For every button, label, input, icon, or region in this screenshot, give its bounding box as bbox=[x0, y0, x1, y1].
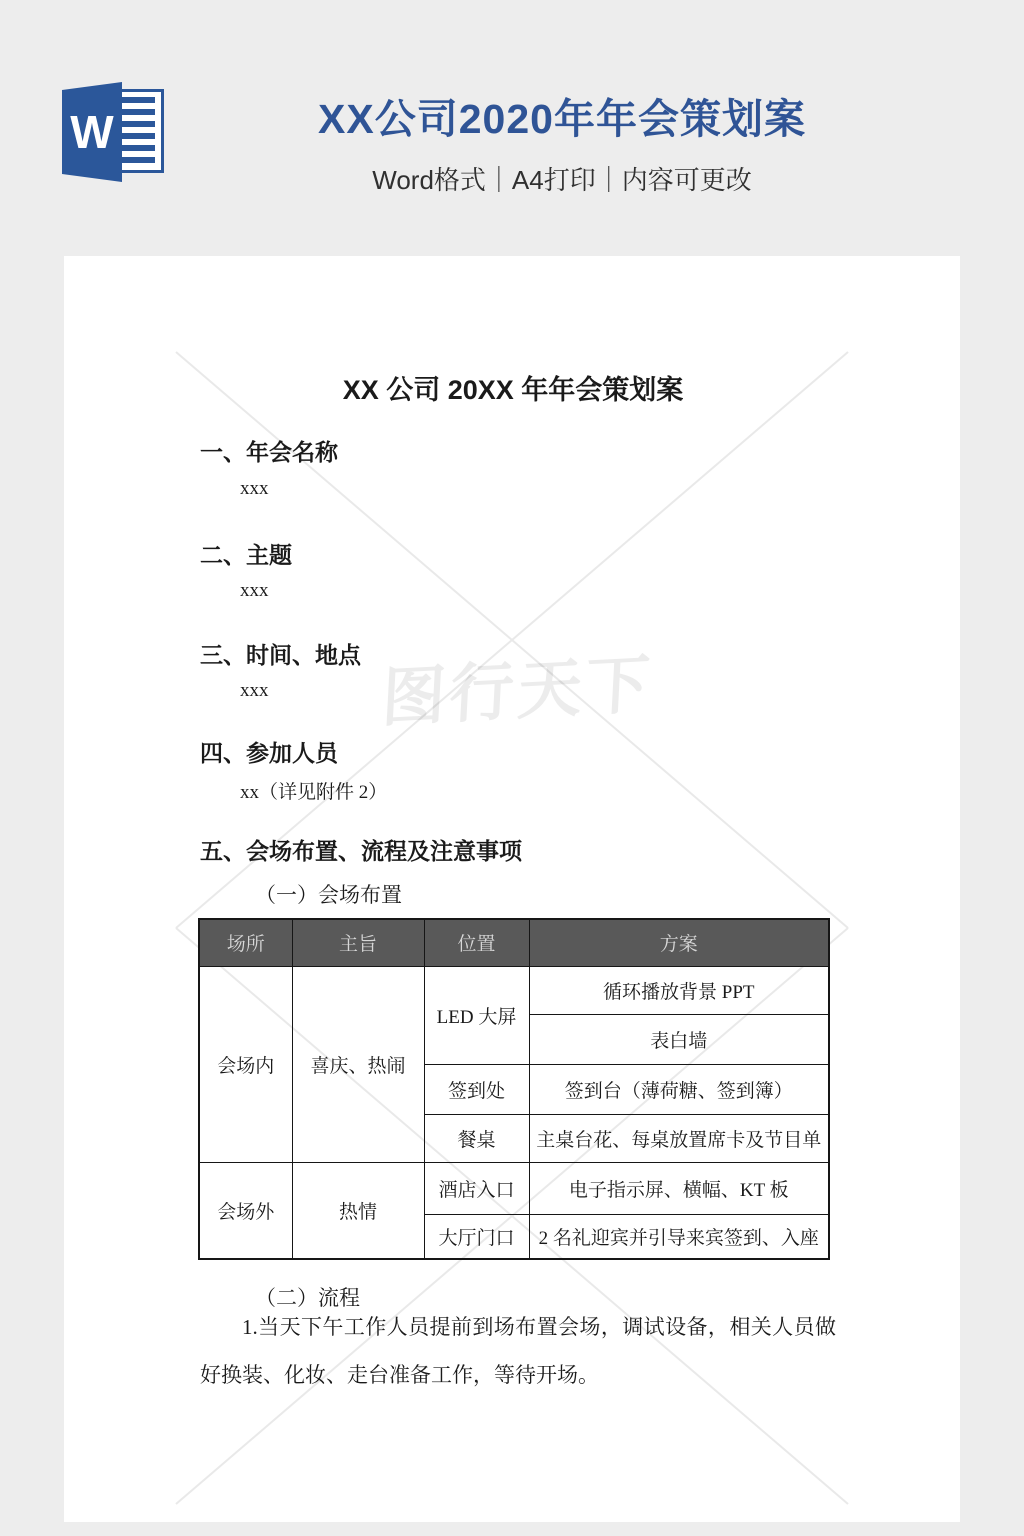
col-header-place: 场所 bbox=[199, 919, 292, 966]
section-body-4: xx（详见附件 2） bbox=[240, 777, 387, 804]
col-header-location: 位置 bbox=[424, 919, 529, 966]
cell-plan-ppt: 循环播放背景 PPT bbox=[529, 966, 829, 1014]
section-heading-3: 三、时间、地点 bbox=[200, 637, 361, 670]
section-body-3: xxx bbox=[240, 680, 269, 702]
page-title: XX公司2020年年会策划案 bbox=[110, 86, 1014, 145]
cell-plan-hall-door: 2 名礼迎宾并引导来宾签到、入座 bbox=[529, 1214, 829, 1259]
section-heading-5: 五、会场布置、流程及注意事项 bbox=[200, 833, 522, 866]
col-header-plan: 方案 bbox=[529, 919, 829, 966]
section-heading-2: 二、主题 bbox=[200, 537, 292, 570]
cell-mood-inside: 喜庆、热闹 bbox=[292, 966, 424, 1162]
section-body-2: xxx bbox=[240, 580, 269, 602]
cell-loc-signin: 签到处 bbox=[424, 1064, 529, 1114]
cell-mood-outside: 热情 bbox=[292, 1162, 424, 1259]
document-content: XX 公司 20XX 年年会策划案 一、年会名称 xxx 二、主题 xxx 三、… bbox=[64, 256, 960, 1522]
document-page: 图行天下 XX 公司 20XX 年年会策划案 一、年会名称 xxx 二、主题 x… bbox=[64, 256, 960, 1522]
cell-plan-hotel-entrance: 电子指示屏、横幅、KT 板 bbox=[529, 1162, 829, 1214]
cell-plan-wall: 表白墙 bbox=[529, 1014, 829, 1064]
cell-loc-dining: 餐桌 bbox=[424, 1114, 529, 1162]
cell-loc-hotel-entrance: 酒店入口 bbox=[424, 1162, 529, 1214]
process-paragraph: 1.当天下午工作人员提前到场布置会场，调试设备，相关人员做好换装、化妆、走台准备… bbox=[200, 1303, 836, 1399]
col-header-theme: 主旨 bbox=[292, 919, 424, 966]
section-heading-4: 四、参加人员 bbox=[200, 735, 338, 768]
cell-loc-led: LED 大屏 bbox=[424, 966, 529, 1064]
cell-venue-inside: 会场内 bbox=[199, 966, 292, 1162]
cell-venue-outside: 会场外 bbox=[199, 1162, 292, 1259]
cell-plan-dining: 主桌台花、每桌放置席卡及节目单 bbox=[529, 1114, 829, 1162]
banner-text: XX公司2020年年会策划案 Word格式｜A4打印｜内容可更改 bbox=[110, 86, 1014, 197]
section-body-1: xxx bbox=[240, 478, 269, 500]
document-title: XX 公司 20XX 年年会策划案 bbox=[198, 368, 828, 407]
cell-loc-hall-door: 大厅门口 bbox=[424, 1214, 529, 1259]
table-row: 会场外 热情 酒店入口 电子指示屏、横幅、KT 板 bbox=[199, 1162, 829, 1214]
page-subtitle: Word格式｜A4打印｜内容可更改 bbox=[110, 160, 1014, 197]
cell-plan-signin: 签到台（薄荷糖、签到簿） bbox=[529, 1064, 829, 1114]
venue-layout-table: 场所 主旨 位置 方案 会场内 喜庆、热闹 LED 大屏 循环播放背景 PPT … bbox=[198, 918, 830, 1260]
section-heading-1: 一、年会名称 bbox=[200, 434, 338, 467]
subsection-venue-layout: （一）会场布置 bbox=[255, 879, 402, 909]
table-row: 会场内 喜庆、热闹 LED 大屏 循环播放背景 PPT bbox=[199, 966, 829, 1014]
table-header-row: 场所 主旨 位置 方案 bbox=[199, 919, 829, 966]
